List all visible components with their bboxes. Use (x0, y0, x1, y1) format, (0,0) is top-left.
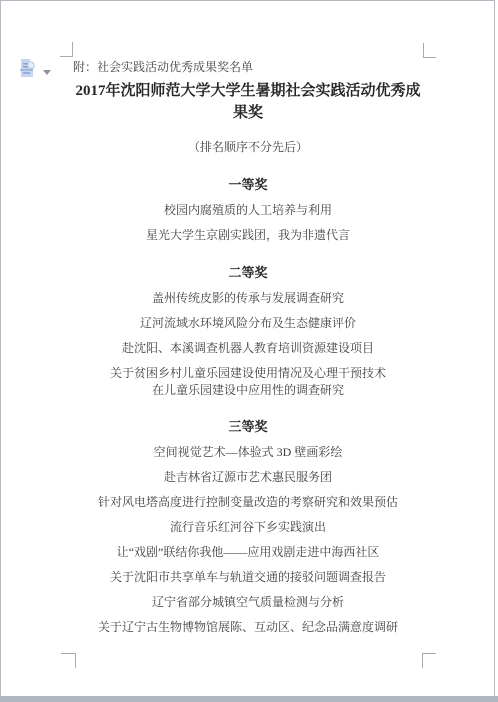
page-edge-right (494, 0, 495, 696)
margin-crop-mark-top-right (423, 43, 436, 58)
paste-options-button[interactable] (19, 58, 51, 83)
page-edge-left (0, 0, 1, 696)
paste-options-dropdown-icon[interactable] (43, 70, 51, 75)
award-item[interactable]: 辽宁省部分城镇空气质量检测与分析 (73, 592, 423, 612)
attachment-note[interactable]: 附：社会实践活动优秀成果奖名单 (73, 57, 423, 77)
award-item[interactable]: 空间视觉艺术—体验式 3D 壁画彩绘 (73, 442, 423, 462)
paste-options-icon[interactable] (19, 58, 36, 83)
doc-subtitle[interactable]: （排名顺序不分先后） (73, 137, 423, 157)
document-page[interactable]: 附：社会实践活动优秀成果奖名单 2017年沈阳师范大学大学生暑期社会实践活动优秀… (73, 57, 423, 637)
award-item[interactable]: 校园内腐殖质的人工培养与利用 (73, 200, 423, 220)
award-item[interactable]: 关于沈阳市共享单车与轨道交通的接驳问题调查报告 (73, 567, 423, 587)
award-item[interactable]: 辽河流域水环境风险分布及生态健康评价 (73, 313, 423, 333)
margin-crop-mark-top-left (60, 42, 73, 57)
award-heading-first-prize[interactable]: 一等奖 (73, 175, 423, 195)
award-item[interactable]: 星光大学生京剧实践团，我为非遗代言 (73, 225, 423, 245)
doc-title[interactable]: 2017年沈阳师范大学大学生暑期社会实践活动优秀成果奖 (73, 80, 423, 124)
award-item[interactable]: 让“戏剧”联结你我他——应用戏剧走进中海西社区 (73, 542, 423, 562)
award-item[interactable]: 盖州传统皮影的传承与发展调查研究 (73, 288, 423, 308)
award-item[interactable]: 关于辽宁古生物博物馆展陈、互动区、纪念品满意度调研 (73, 617, 423, 637)
award-heading-second-prize[interactable]: 二等奖 (73, 263, 423, 283)
margin-crop-mark-bottom-right (422, 653, 436, 668)
award-item[interactable]: 赴吉林省辽源市艺术惠民服务团 (73, 467, 423, 487)
page-bottom-gutter (0, 696, 498, 702)
award-item[interactable]: 流行音乐红河谷下乡实践演出 (73, 517, 423, 537)
award-item[interactable]: 针对风电塔高度进行控制变量改造的考察研究和效果预估 (73, 492, 423, 512)
page-edge-top (0, 0, 495, 1)
award-item[interactable]: 赴沈阳、本溪调查机器人教育培训资源建设项目 (73, 338, 423, 358)
award-item[interactable]: 关于贫困乡村儿童乐园建设使用情况及心理干预技术 在儿童乐园建设中应用性的调查研究 (73, 363, 423, 399)
award-heading-third-prize[interactable]: 三等奖 (73, 417, 423, 437)
margin-crop-mark-bottom-left (61, 653, 76, 668)
